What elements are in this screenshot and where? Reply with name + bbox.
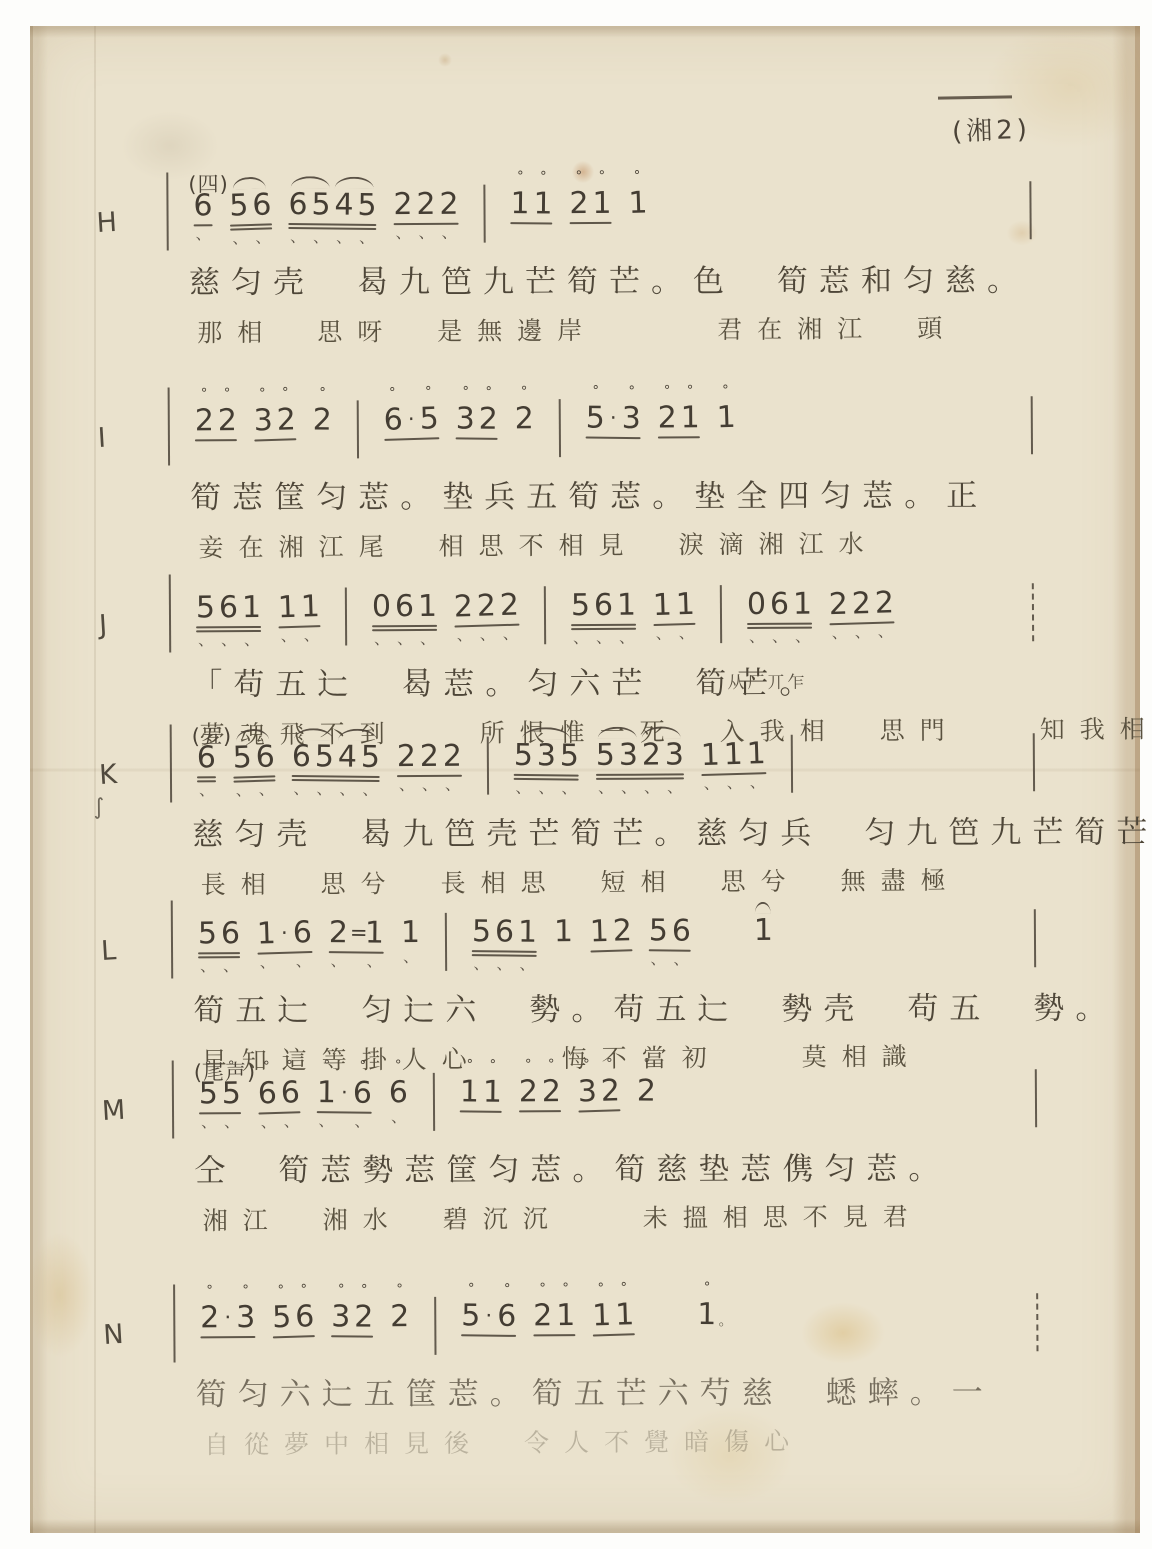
beam-line: [292, 775, 380, 778]
beam-lines: [508, 220, 554, 225]
octave-dot-top: °: [656, 384, 679, 401]
octave-dot-bottom: [279, 955, 292, 970]
small-annotation: 从厂丌乍: [727, 668, 807, 693]
octave-dot-top: [404, 386, 418, 403]
octave-dots-bottom: [635, 1108, 658, 1123]
octave-dot-top: °: [315, 1059, 338, 1076]
note-digits: 1·6: [315, 1076, 374, 1110]
octave-dot-bottom: [531, 1337, 554, 1352]
note-digit: 1: [552, 915, 575, 948]
note-digit: 1: [698, 738, 722, 772]
note-digits: 12: [587, 914, 634, 948]
octave-dots-bottom: 、、: [277, 628, 323, 644]
octave-dots-bottom: 、、: [652, 626, 698, 642]
note-digits: 55: [197, 1077, 243, 1110]
octave-dot-bottom: [554, 1337, 577, 1352]
note-group: 11、、: [650, 571, 698, 642]
octave-dot-top: °: [458, 1058, 481, 1075]
octave-dot-top: °: [584, 384, 607, 401]
note-group: 222、、、: [826, 569, 897, 641]
octave-dot-top: [791, 571, 814, 588]
octave-dot-top: [196, 900, 219, 917]
note-digit: 5: [196, 917, 219, 950]
octave-dots-bottom: 、、、: [511, 781, 580, 797]
note-digit: 2: [513, 402, 536, 435]
note-digit: 5: [220, 1077, 243, 1110]
system-label: H: [96, 206, 138, 239]
note-digit: 2: [418, 740, 441, 773]
barline: [169, 575, 171, 653]
octave-dots-top: °°: [458, 1058, 504, 1076]
barline: [433, 1073, 435, 1131]
octave-dot-bottom: [294, 1338, 317, 1354]
note-group: 222、、、: [451, 572, 522, 644]
note-digit: 5: [459, 1299, 482, 1332]
octave-dot-top: [275, 574, 299, 592]
octave-dots-top: °: [625, 169, 649, 187]
octave-dot-bottom: 、: [745, 775, 768, 791]
octave-dots-top: °°: [531, 1282, 577, 1299]
note-group: °°32: [251, 386, 299, 457]
octave-dot-bottom: [388, 1334, 411, 1349]
barline: [434, 1297, 436, 1355]
note-digit: 1: [744, 737, 768, 771]
octave-dots-bottom: 、、: [228, 230, 274, 246]
note-group: 111、、、: [698, 720, 769, 792]
octave-dot-top: [516, 899, 539, 916]
beam-line: [514, 774, 579, 777]
note-digit: 5: [594, 739, 617, 772]
octave-dot-top: °: [509, 170, 532, 187]
note-group: °°66、、: [255, 1059, 303, 1130]
note-digit: 6: [351, 1077, 374, 1110]
beam-line: [472, 950, 537, 953]
octave-dot-bottom: [382, 441, 405, 457]
octave-dot-bottom: [531, 225, 554, 240]
octave-dot-top: [437, 171, 460, 188]
note-digit: ·: [221, 1301, 234, 1334]
note-digits: 561: [470, 915, 539, 949]
note-digit: 1: [298, 590, 322, 624]
octave-dot-bottom: 、: [289, 782, 312, 797]
octave-dot-bottom: 、: [355, 231, 378, 246]
octave-dot-top: °: [251, 387, 275, 405]
octave-dot-bottom: [234, 1339, 257, 1354]
octave-dot-top: [221, 1284, 234, 1301]
octave-dots-bottom: [271, 1338, 317, 1354]
octave-dot-bottom: [606, 440, 619, 455]
note-group: 561、、、: [569, 572, 638, 646]
octave-dot-bottom: [583, 439, 606, 454]
note-digits: 561: [569, 589, 638, 622]
note-digit: 6: [250, 188, 274, 222]
note-group: °°11: [458, 1058, 505, 1129]
note-group: 6545、、、、: [286, 171, 379, 246]
note-group: 56、、: [196, 900, 242, 974]
note-digit: 5: [270, 1301, 294, 1335]
note-digit: 2: [826, 588, 850, 622]
octave-dot-top: [451, 573, 475, 591]
note-digit: 1: [695, 1298, 718, 1331]
note-digit: 2: [540, 1075, 563, 1108]
octave-dots-bottom: [459, 1337, 518, 1353]
octave-dot-top: [414, 171, 437, 188]
note-group: 222、、、: [395, 723, 464, 793]
octave-dots-bottom: 、、、: [828, 624, 897, 641]
note-digits: 222: [451, 589, 521, 624]
octave-dot-top: [670, 897, 693, 914]
octave-dot-bottom: [329, 1338, 352, 1353]
octave-dot-bottom: 、: [415, 226, 438, 241]
note-digit: 5: [359, 741, 382, 774]
octave-dot-bottom: [271, 1339, 294, 1355]
beam-line: [196, 626, 261, 628]
octave-dot-top: [370, 573, 393, 590]
octave-dot-bottom: 、: [557, 781, 580, 796]
octave-dot-top: [191, 172, 214, 189]
note-group: 535、、、: [511, 722, 581, 797]
octave-dot-bottom: [679, 439, 702, 454]
octave-dot-top: °: [590, 170, 613, 187]
note-digit: 5: [558, 739, 581, 772]
octave-dot-top: °: [193, 387, 216, 404]
note-digits: 5·6: [459, 1299, 518, 1333]
octave-dot-bottom: [635, 1108, 658, 1123]
octave-dots-bottom: 、: [399, 950, 422, 965]
octave-dots-top: °: [311, 386, 334, 403]
barline: [172, 1061, 174, 1139]
octave-dot-top: [240, 574, 263, 591]
octave-dot-bottom: 、: [516, 958, 539, 973]
octave-dots-bottom: [568, 225, 614, 240]
octave-dot-bottom: [459, 1337, 482, 1352]
octave-dot-bottom: 、: [791, 630, 814, 645]
scanned-page: (湘2) H(四)6、56、、6545、、、、222、、、°°11°°21°1慈…: [0, 0, 1152, 1549]
octave-dot-top: [391, 171, 414, 188]
note-digits: 6545: [290, 740, 382, 774]
octave-dots-bottom: [656, 439, 702, 454]
octave-dot-bottom: [614, 1336, 637, 1352]
octave-dots-bottom: [627, 220, 650, 236]
note-digit: ·: [277, 917, 291, 950]
octave-dot-top: °: [234, 1284, 257, 1301]
note-digit: 3: [575, 1075, 599, 1109]
octave-dots-top: [552, 898, 575, 915]
octave-dots-top: °°: [567, 170, 613, 187]
octave-dots-bottom: 、、、: [699, 775, 768, 792]
note-digit: 2: [635, 1075, 658, 1108]
note-digits: 5·3: [584, 401, 643, 435]
note-digit: 1: [791, 588, 814, 621]
note-digits: 32: [575, 1074, 622, 1108]
octave-dot-bottom: 、: [358, 783, 381, 798]
barline: [170, 725, 172, 803]
note-digits: 21: [656, 401, 702, 434]
note-digit: 2: [395, 740, 418, 773]
octave-dots-bottom: [388, 1334, 411, 1349]
octave-dot-top: [327, 899, 350, 916]
octave-dot-bottom: [591, 1337, 614, 1353]
octave-dot-top: °: [481, 1059, 504, 1076]
octave-dot-bottom: 、: [453, 628, 476, 644]
note-digit: 1: [458, 1075, 481, 1108]
octave-dots-bottom: 、、、、: [286, 230, 378, 246]
octave-dot-top: °: [381, 386, 405, 404]
octave-dots-bottom: [453, 440, 499, 456]
octave-dots-bottom: [715, 435, 738, 451]
octave-dot-bottom: [695, 1332, 718, 1347]
octave-dot-top: [698, 721, 722, 739]
octave-dot-bottom: 、: [640, 781, 663, 796]
barline: [1033, 733, 1035, 791]
octave-dot-bottom: [752, 948, 775, 963]
note-digit: 1: [399, 916, 422, 949]
note-digit: 6: [290, 740, 313, 773]
beam-lines: [459, 1332, 518, 1337]
note-digits: 56: [230, 740, 277, 774]
octave-dot-bottom: 、: [395, 778, 418, 793]
octave-dot-bottom: 、: [332, 231, 355, 246]
note-group: °2: [513, 385, 536, 451]
octave-dot-top: °: [625, 169, 649, 187]
octave-dot-bottom: 、: [768, 630, 791, 645]
note-digit: 6: [387, 1076, 410, 1109]
octave-dot-top: °: [255, 1060, 279, 1078]
note-digits: 11: [508, 187, 554, 221]
note-group: °°55、、: [197, 1060, 243, 1130]
octave-dots-top: °°: [454, 385, 500, 403]
octave-dots-bottom: [458, 1113, 504, 1129]
octave-dots-top: [391, 171, 460, 188]
music-system: H(四)6、56、、6545、、、、222、、、°°11°°21°1慈匀壳 曷九…: [96, 167, 1057, 350]
octave-dot-bottom: 、: [675, 626, 698, 642]
octave-dots-top: °°: [509, 170, 555, 188]
note-group: 561、、、: [470, 898, 540, 973]
note-digit: 1: [626, 186, 650, 220]
note-digits: 66: [255, 1076, 302, 1110]
octave-dot-bottom: 、: [569, 631, 592, 646]
note-group: °2: [388, 1283, 411, 1349]
note-digits: 11: [275, 590, 322, 624]
octave-dot-top: °: [540, 1058, 563, 1075]
hold-mark: 。: [718, 1311, 733, 1331]
note-digits: 21: [567, 187, 613, 220]
note-digit: 1: [508, 187, 531, 220]
system-label: I: [97, 421, 139, 454]
systems: H(四)6、56、、6545、、、、222、、、°°11°°21°1慈匀壳 曷九…: [25, 23, 1144, 1537]
note-group: °°11: [589, 1281, 637, 1352]
octave-dot-top: [194, 574, 217, 591]
note-group: °°32: [453, 385, 500, 456]
octave-dot-bottom: 、: [228, 231, 251, 247]
octave-dots-bottom: [517, 1113, 563, 1128]
note-digit: 5: [569, 589, 592, 622]
note-digit: 6: [495, 1300, 518, 1333]
octave-dots-bottom: [552, 949, 575, 964]
note-digit: 5: [647, 914, 670, 947]
octave-dots-top: °°: [584, 384, 643, 402]
octave-dot-bottom: 、: [851, 625, 874, 641]
beam-line: [519, 1110, 561, 1112]
note-digit: ·: [404, 403, 418, 436]
octave-dots-top: [191, 172, 214, 189]
octave-dot-top: °: [714, 384, 738, 402]
barline: [1036, 1293, 1038, 1351]
octave-dot-top: °: [197, 1060, 220, 1077]
beam-line: [198, 952, 240, 954]
note-digits: 222: [391, 188, 460, 221]
note-digits: 1: [752, 914, 775, 947]
barline: [559, 399, 561, 457]
octave-dots-top: [395, 723, 464, 740]
octave-dots-bottom: [310, 437, 333, 452]
octave-dot-top: [217, 574, 240, 591]
octave-dot-bottom: [513, 436, 536, 451]
octave-dot-bottom: [568, 225, 591, 240]
octave-dot-bottom: 、: [197, 1115, 220, 1130]
note-group: 1: [552, 898, 575, 964]
note-digit: 1: [240, 591, 263, 624]
octave-dots-bottom: 、、、、: [289, 782, 381, 798]
note-digit: 6: [592, 589, 615, 622]
gongche-row: 筍莣筐匀莣。垫兵五筍莣。垫全四匀莣。正: [190, 470, 1058, 517]
note-digit: 4: [336, 741, 359, 774]
octave-dot-bottom: 、: [722, 776, 745, 792]
octave-dot-bottom: 、: [828, 626, 851, 642]
octave-dots-bottom: 、: [192, 227, 215, 242]
octave-dot-top: °: [567, 170, 590, 187]
octave-dot-top: [497, 572, 521, 590]
octave-dot-top: [647, 897, 670, 914]
notes-row: °°55、、°°66、、°°1·6、、°6、°°11°°22°°32°2: [162, 1055, 1047, 1138]
octave-dot-bottom: 、: [699, 776, 722, 792]
note-digit: 0: [370, 590, 393, 623]
octave-dot-bottom: [221, 1339, 234, 1354]
barline: [1032, 583, 1034, 641]
beam-line: [570, 222, 612, 224]
octave-dot-top: [470, 898, 493, 915]
note-digit: 1: [615, 589, 638, 622]
note-digit: 1: [315, 1076, 338, 1109]
system-label: J: [98, 608, 140, 641]
barline: [487, 737, 489, 795]
notes-row: 561、、、11、、061、、、222、、、561、、、11、、061、、、22…: [159, 569, 1044, 652]
note-digits: 22: [517, 1075, 563, 1108]
octave-dot-top: °: [495, 1283, 518, 1300]
octave-dot-bottom: 、: [363, 954, 386, 969]
note-digits: 22: [193, 404, 239, 437]
octave-dots-top: °°: [193, 387, 239, 404]
note-digit: 1: [516, 916, 539, 949]
octave-dot-top: [610, 897, 634, 915]
note-digits: 21: [531, 1299, 577, 1332]
note-digits: 061: [745, 588, 814, 621]
octave-dots-bottom: 、、、: [453, 627, 522, 644]
octave-dots-top: °: [513, 385, 536, 402]
note-group: 56、、: [230, 723, 278, 798]
note-digit: 5: [309, 188, 332, 221]
octave-dots-top: [370, 573, 439, 590]
octave-dot-bottom: 、: [874, 624, 897, 640]
note-digits: 1·6: [254, 916, 314, 951]
octave-dot-bottom: [476, 441, 499, 456]
note-digit: 5: [584, 401, 607, 434]
octave-dot-top: °: [531, 1282, 554, 1299]
note-digit: 2: [274, 403, 298, 437]
note-digit: 4: [332, 189, 355, 222]
octave-dots-top: [569, 572, 638, 589]
note-group: °1: [714, 384, 739, 451]
note-digits: 11: [590, 1298, 637, 1332]
note-digit: 6: [286, 188, 309, 221]
octave-dot-top: °: [635, 1058, 658, 1075]
beam-lines: [198, 1334, 257, 1338]
octave-dot-bottom: [252, 442, 275, 458]
beam-lines: [584, 434, 643, 439]
note-group: 6545、、、、: [289, 723, 382, 798]
octave-dot-top: °: [620, 385, 643, 402]
note-digits: 2·3: [198, 1301, 257, 1334]
beam-line: [288, 223, 376, 226]
beam-lines: [517, 1108, 563, 1112]
gongche-row: 慈匀壳 曷九笆壳芒筍芒。慈匀兵 匀九笆九芒筍芒。: [192, 807, 1060, 854]
octave-dot-top: °: [292, 1283, 316, 1301]
system-label: M: [101, 1094, 143, 1127]
note-digit: 2: [193, 404, 216, 437]
octave-dot-bottom: 、: [534, 781, 557, 796]
note-digit: 2: [567, 187, 590, 220]
octave-dot-bottom: 、: [511, 781, 534, 796]
note-group: °°2·3: [198, 1284, 257, 1354]
octave-dots-top: [745, 571, 814, 588]
note-digit: 1: [275, 591, 299, 625]
note-group: 561、、、: [194, 574, 263, 648]
octave-dot-top: [277, 900, 291, 917]
octave-dots-bottom: 、、: [257, 1114, 303, 1130]
octave-dot-top: °: [554, 1282, 577, 1299]
note-digits: 56: [647, 914, 693, 948]
octave-dot-top: °: [598, 1057, 622, 1075]
octave-dots-bottom: 、、、、: [594, 780, 686, 796]
octave-dot-top: [399, 899, 422, 916]
note-digit: 3: [251, 404, 275, 438]
octave-dots-top: [194, 574, 263, 591]
notes-row: °°22°°32°2°°6·5°°32°2°°5·3°°21°1: [158, 382, 1043, 465]
note-digit: 2: [517, 1075, 540, 1108]
octave-dot-top: [768, 571, 791, 588]
octave-dot-bottom: [540, 1113, 563, 1128]
octave-dot-top: °: [329, 1283, 352, 1300]
barline: [171, 901, 173, 979]
note-digits: 6545: [286, 188, 378, 222]
octave-dot-top: °: [679, 384, 702, 401]
gongche-row: 筍五辷 匀辷六 勢。苟五辷 勢壳 苟五 勢。: [193, 983, 1061, 1030]
octave-dot-bottom: 、: [652, 626, 675, 642]
note-group: °2: [310, 386, 334, 452]
note-digits: 1。: [695, 1298, 733, 1331]
octave-dot-bottom: [589, 953, 612, 969]
octave-dots-top: °: [387, 1059, 410, 1076]
octave-dot-bottom: 、: [470, 957, 493, 972]
note-digit: 2: [441, 740, 464, 773]
octave-dots-top: [470, 898, 539, 916]
note-group: °°21: [656, 384, 702, 454]
note-digit: 1: [587, 915, 611, 949]
octave-dot-bottom: 、: [315, 1114, 338, 1129]
octave-dot-top: [298, 573, 322, 591]
music-system: L56、、1·6、、2=1、、1、561、、、11256、、1筍五辷 匀辷六 勢…: [101, 895, 1062, 1078]
octave-dot-top: [395, 723, 418, 740]
